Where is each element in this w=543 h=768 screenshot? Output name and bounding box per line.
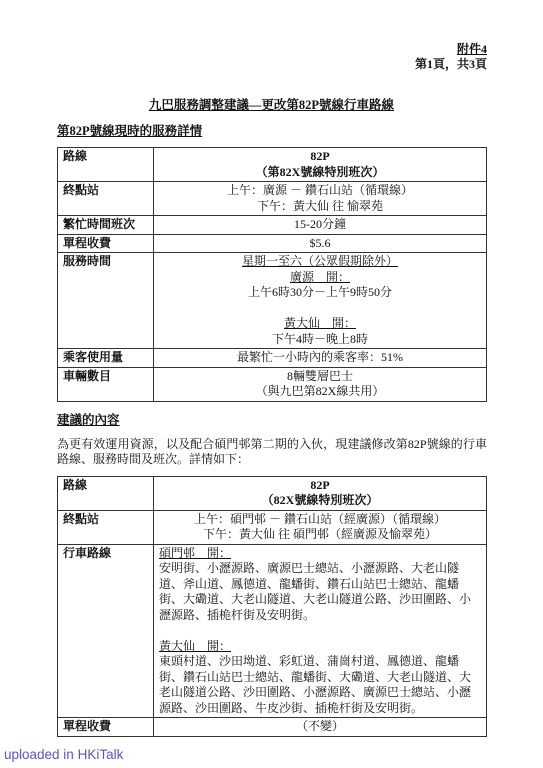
row-value: 最繁忙一小時內的乘客率：51% bbox=[154, 349, 487, 368]
blank-line bbox=[159, 301, 481, 317]
proposed-service-table: 路線 82P （82X號線特別班次） 終點站 上午：碩門邨 － 鑽石山站（經廣源… bbox=[57, 476, 487, 737]
route-subtitle: （第82X號線特別班次） bbox=[159, 165, 481, 181]
departure-point-am: 廣源 開： bbox=[159, 270, 481, 286]
blank-line bbox=[159, 623, 481, 639]
row-label: 繁忙時間班次 bbox=[58, 216, 154, 235]
row-value: 8輛雙層巴士 （與九巴第82X線共用） bbox=[154, 367, 487, 401]
page-indicator: 第1頁，共3頁 bbox=[0, 57, 487, 72]
row-value: $5.6 bbox=[154, 234, 487, 253]
table-row-termini: 終點站 上午：廣源 － 鑽石山站（循環線） 下午：黃大仙 往 愉翠苑 bbox=[58, 182, 487, 216]
routing-origin-pm: 黃大仙 開： bbox=[159, 639, 481, 655]
row-value: 星期一至六（公眾假期除外） 廣源 開： 上午6時30分－上午9時50分 黃大仙 … bbox=[154, 253, 487, 349]
proposal-paragraph: 為更有效運用資源，以及配合碩門邨第二期的入伙，現建議修改第82P號線的行車路線、… bbox=[57, 437, 487, 468]
table-row-termini: 終點站 上午：碩門邨 － 鑽石山站（經廣源）（循環線） 下午：黃大仙 往 碩門邨… bbox=[58, 510, 487, 544]
row-label: 行車路線 bbox=[58, 544, 154, 718]
section-heading-current-service: 第82P號線現時的服務詳情 bbox=[57, 124, 543, 139]
row-value: 上午：碩門邨 － 鑽石山站（經廣源）（循環線） 下午：黃大仙 往 碩門邨（經廣源… bbox=[154, 510, 487, 544]
termini-am: 上午：碩門邨 － 鑽石山站（經廣源）（循環線） bbox=[159, 512, 481, 528]
row-label: 單程收費 bbox=[58, 718, 154, 737]
departure-point-pm: 黃大仙 開： bbox=[159, 316, 481, 332]
departure-time-pm: 下午4時－晚上8時 bbox=[159, 332, 481, 348]
section-heading-proposal: 建議的內容 bbox=[57, 413, 543, 428]
fleet-size: 8輛雙層巴士 bbox=[159, 369, 481, 385]
route-number: 82P bbox=[159, 478, 481, 494]
page-meta: 附件4 第1頁，共3頁 bbox=[0, 0, 543, 72]
row-label: 終點站 bbox=[58, 182, 154, 216]
departure-time-am: 上午6時30分－上午9時50分 bbox=[159, 285, 481, 301]
row-label: 乘客使用量 bbox=[58, 349, 154, 368]
document-title: 九巴服務調整建議—更改第82P號線行車路線 bbox=[0, 98, 543, 113]
row-value: 15-20分鐘 bbox=[154, 216, 487, 235]
table-row-route: 路線 82P （82X號線特別班次） bbox=[58, 476, 487, 510]
routing-streets-pm: 東頭村道、沙田坳道、彩虹道、蒲崗村道、鳳德道、龍蟠街、鑽石山站巴士總站、龍蟠街、… bbox=[159, 654, 481, 716]
table-row-routing: 行車路線 碩門邨 開： 安明街、小瀝源路、廣源巴士總站、小瀝源路、大老山隧道、斧… bbox=[58, 544, 487, 718]
row-label: 單程收費 bbox=[58, 234, 154, 253]
table-row-headway: 繁忙時間班次 15-20分鐘 bbox=[58, 216, 487, 235]
table-row-fleet: 車輛數目 8輛雙層巴士 （與九巴第82X線共用） bbox=[58, 367, 487, 401]
table-row-service-hours: 服務時間 星期一至六（公眾假期除外） 廣源 開： 上午6時30分－上午9時50分… bbox=[58, 253, 487, 349]
table-row-route: 路線 82P （第82X號線特別班次） bbox=[58, 148, 487, 182]
row-label: 路線 bbox=[58, 476, 154, 510]
route-subtitle: （82X號線特別班次） bbox=[159, 493, 481, 509]
row-value: （不變） bbox=[154, 718, 487, 737]
routing-streets-am: 安明街、小瀝源路、廣源巴士總站、小瀝源路、大老山隧道、斧山道、鳳德道、龍蟠街、鑽… bbox=[159, 561, 481, 623]
termini-pm: 下午：黃大仙 往 碩門邨（經廣源及愉翠苑） bbox=[159, 527, 481, 543]
route-number: 82P bbox=[159, 149, 481, 165]
table-row-fare: 單程收費 $5.6 bbox=[58, 234, 487, 253]
termini-pm: 下午：黃大仙 往 愉翠苑 bbox=[159, 199, 481, 215]
table-row-fare: 單程收費 （不變） bbox=[58, 718, 487, 737]
row-label: 車輛數目 bbox=[58, 367, 154, 401]
hkitalk-watermark: uploaded in HKiTalk bbox=[4, 747, 123, 762]
row-label: 服務時間 bbox=[58, 253, 154, 349]
fleet-note: （與九巴第82X線共用） bbox=[159, 384, 481, 400]
row-label: 路線 bbox=[58, 148, 154, 182]
row-value: 碩門邨 開： 安明街、小瀝源路、廣源巴士總站、小瀝源路、大老山隧道、斧山道、鳳德… bbox=[154, 544, 487, 718]
row-value: 82P （第82X號線特別班次） bbox=[154, 148, 487, 182]
attachment-label: 附件4 bbox=[0, 42, 487, 57]
termini-am: 上午：廣源 － 鑽石山站（循環線） bbox=[159, 183, 481, 199]
table-row-patronage: 乘客使用量 最繁忙一小時內的乘客率：51% bbox=[58, 349, 487, 368]
document-page: 附件4 第1頁，共3頁 九巴服務調整建議—更改第82P號線行車路線 第82P號線… bbox=[0, 0, 543, 768]
service-days: 星期一至六（公眾假期除外） bbox=[159, 254, 481, 270]
row-label: 終點站 bbox=[58, 510, 154, 544]
row-value: 上午：廣源 － 鑽石山站（循環線） 下午：黃大仙 往 愉翠苑 bbox=[154, 182, 487, 216]
current-service-table: 路線 82P （第82X號線特別班次） 終點站 上午：廣源 － 鑽石山站（循環線… bbox=[57, 147, 487, 402]
row-value: 82P （82X號線特別班次） bbox=[154, 476, 487, 510]
routing-origin-am: 碩門邨 開： bbox=[159, 546, 481, 562]
